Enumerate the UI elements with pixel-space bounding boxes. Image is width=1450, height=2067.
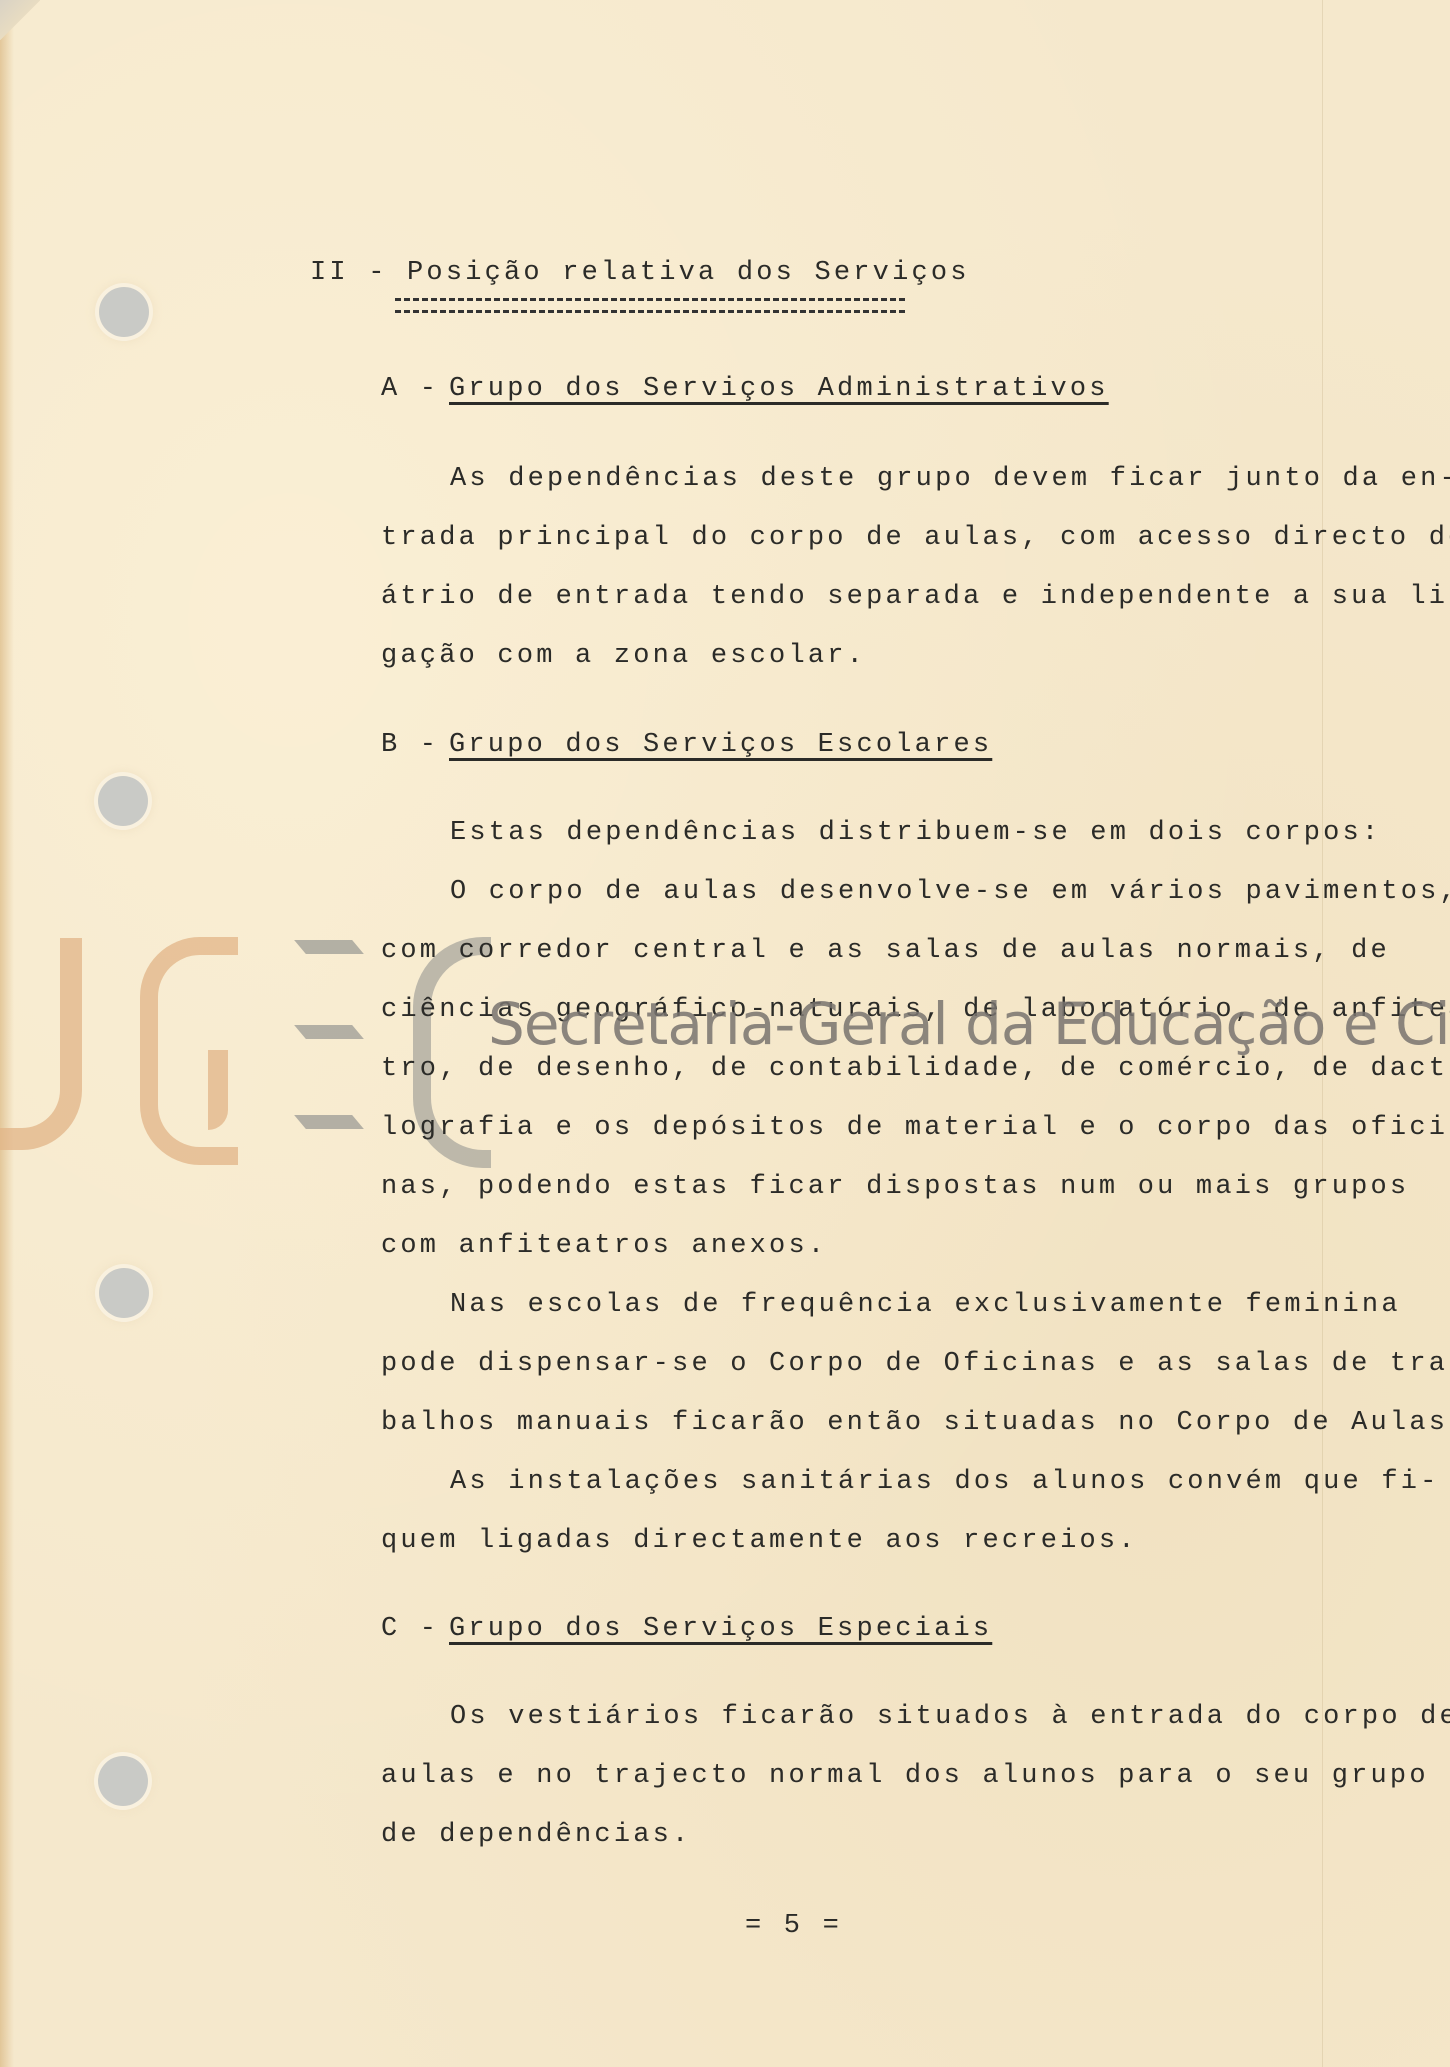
body-line: com anfiteatros anexos. — [381, 1233, 827, 1260]
body-line: trada principal do corpo de aulas, com a… — [381, 525, 1450, 552]
body-line: Nas escolas de frequência exclusivamente… — [450, 1292, 1401, 1319]
punch-hole — [99, 287, 149, 337]
body-line: nas, podendo estas ficar dispostas num o… — [381, 1174, 1409, 1201]
page-number: = 5 = — [745, 1913, 842, 1940]
body-line: com corredor central e as salas de aulas… — [381, 938, 1390, 965]
punch-hole — [99, 1268, 149, 1318]
folded-corner — [0, 0, 40, 40]
body-line: balhos manuais ficarão então situadas no… — [381, 1410, 1450, 1437]
punch-hole — [98, 776, 148, 826]
body-line: de dependências. — [381, 1822, 691, 1849]
body-line: Os vestiários ficarão situados à entrada… — [450, 1704, 1450, 1731]
watermark-logo-bar — [294, 1025, 364, 1039]
body-line: pode dispensar-se o Corpo de Oficinas e … — [381, 1351, 1450, 1378]
watermark-logo-bar — [294, 940, 364, 954]
group-c-letter: C - — [381, 1616, 439, 1643]
watermark-logo-j — [0, 938, 82, 1150]
title-double-underline — [395, 298, 905, 313]
punch-hole — [98, 1756, 148, 1806]
body-line: gação com a zona escolar. — [381, 643, 866, 670]
watermark-logo-bar — [294, 1115, 364, 1129]
watermark-text: Secretaria-Geral da Educação e Ciência — [488, 990, 1450, 1058]
group-b-letter: B - — [381, 732, 439, 759]
body-line: O corpo de aulas desenvolve-se em vários… — [450, 879, 1450, 906]
group-a-letter: A - — [381, 376, 439, 403]
body-line: Estas dependências distribuem-se em dois… — [450, 820, 1381, 847]
body-line: As instalações sanitárias dos alunos con… — [450, 1469, 1440, 1496]
body-line: lografia e os depósitos de material e o … — [381, 1115, 1450, 1142]
watermark-logo-c-tail — [208, 1050, 228, 1130]
group-b-heading: Grupo dos Serviços Escolares — [449, 732, 992, 759]
group-c-heading: Grupo dos Serviços Especiais — [449, 1616, 992, 1643]
body-line: aulas e no trajecto normal dos alunos pa… — [381, 1763, 1429, 1790]
group-a-heading: Grupo dos Serviços Administrativos — [449, 376, 1109, 403]
body-line: As dependências deste grupo devem ficar … — [450, 466, 1450, 493]
section-title: II - Posição relativa dos Serviços — [310, 260, 970, 287]
body-line: átrio de entrada tendo separada e indepe… — [381, 584, 1450, 611]
body-line: quem ligadas directamente aos recreios. — [381, 1528, 1138, 1555]
body-line: tro, de desenho, de contabilidade, de co… — [381, 1056, 1450, 1083]
